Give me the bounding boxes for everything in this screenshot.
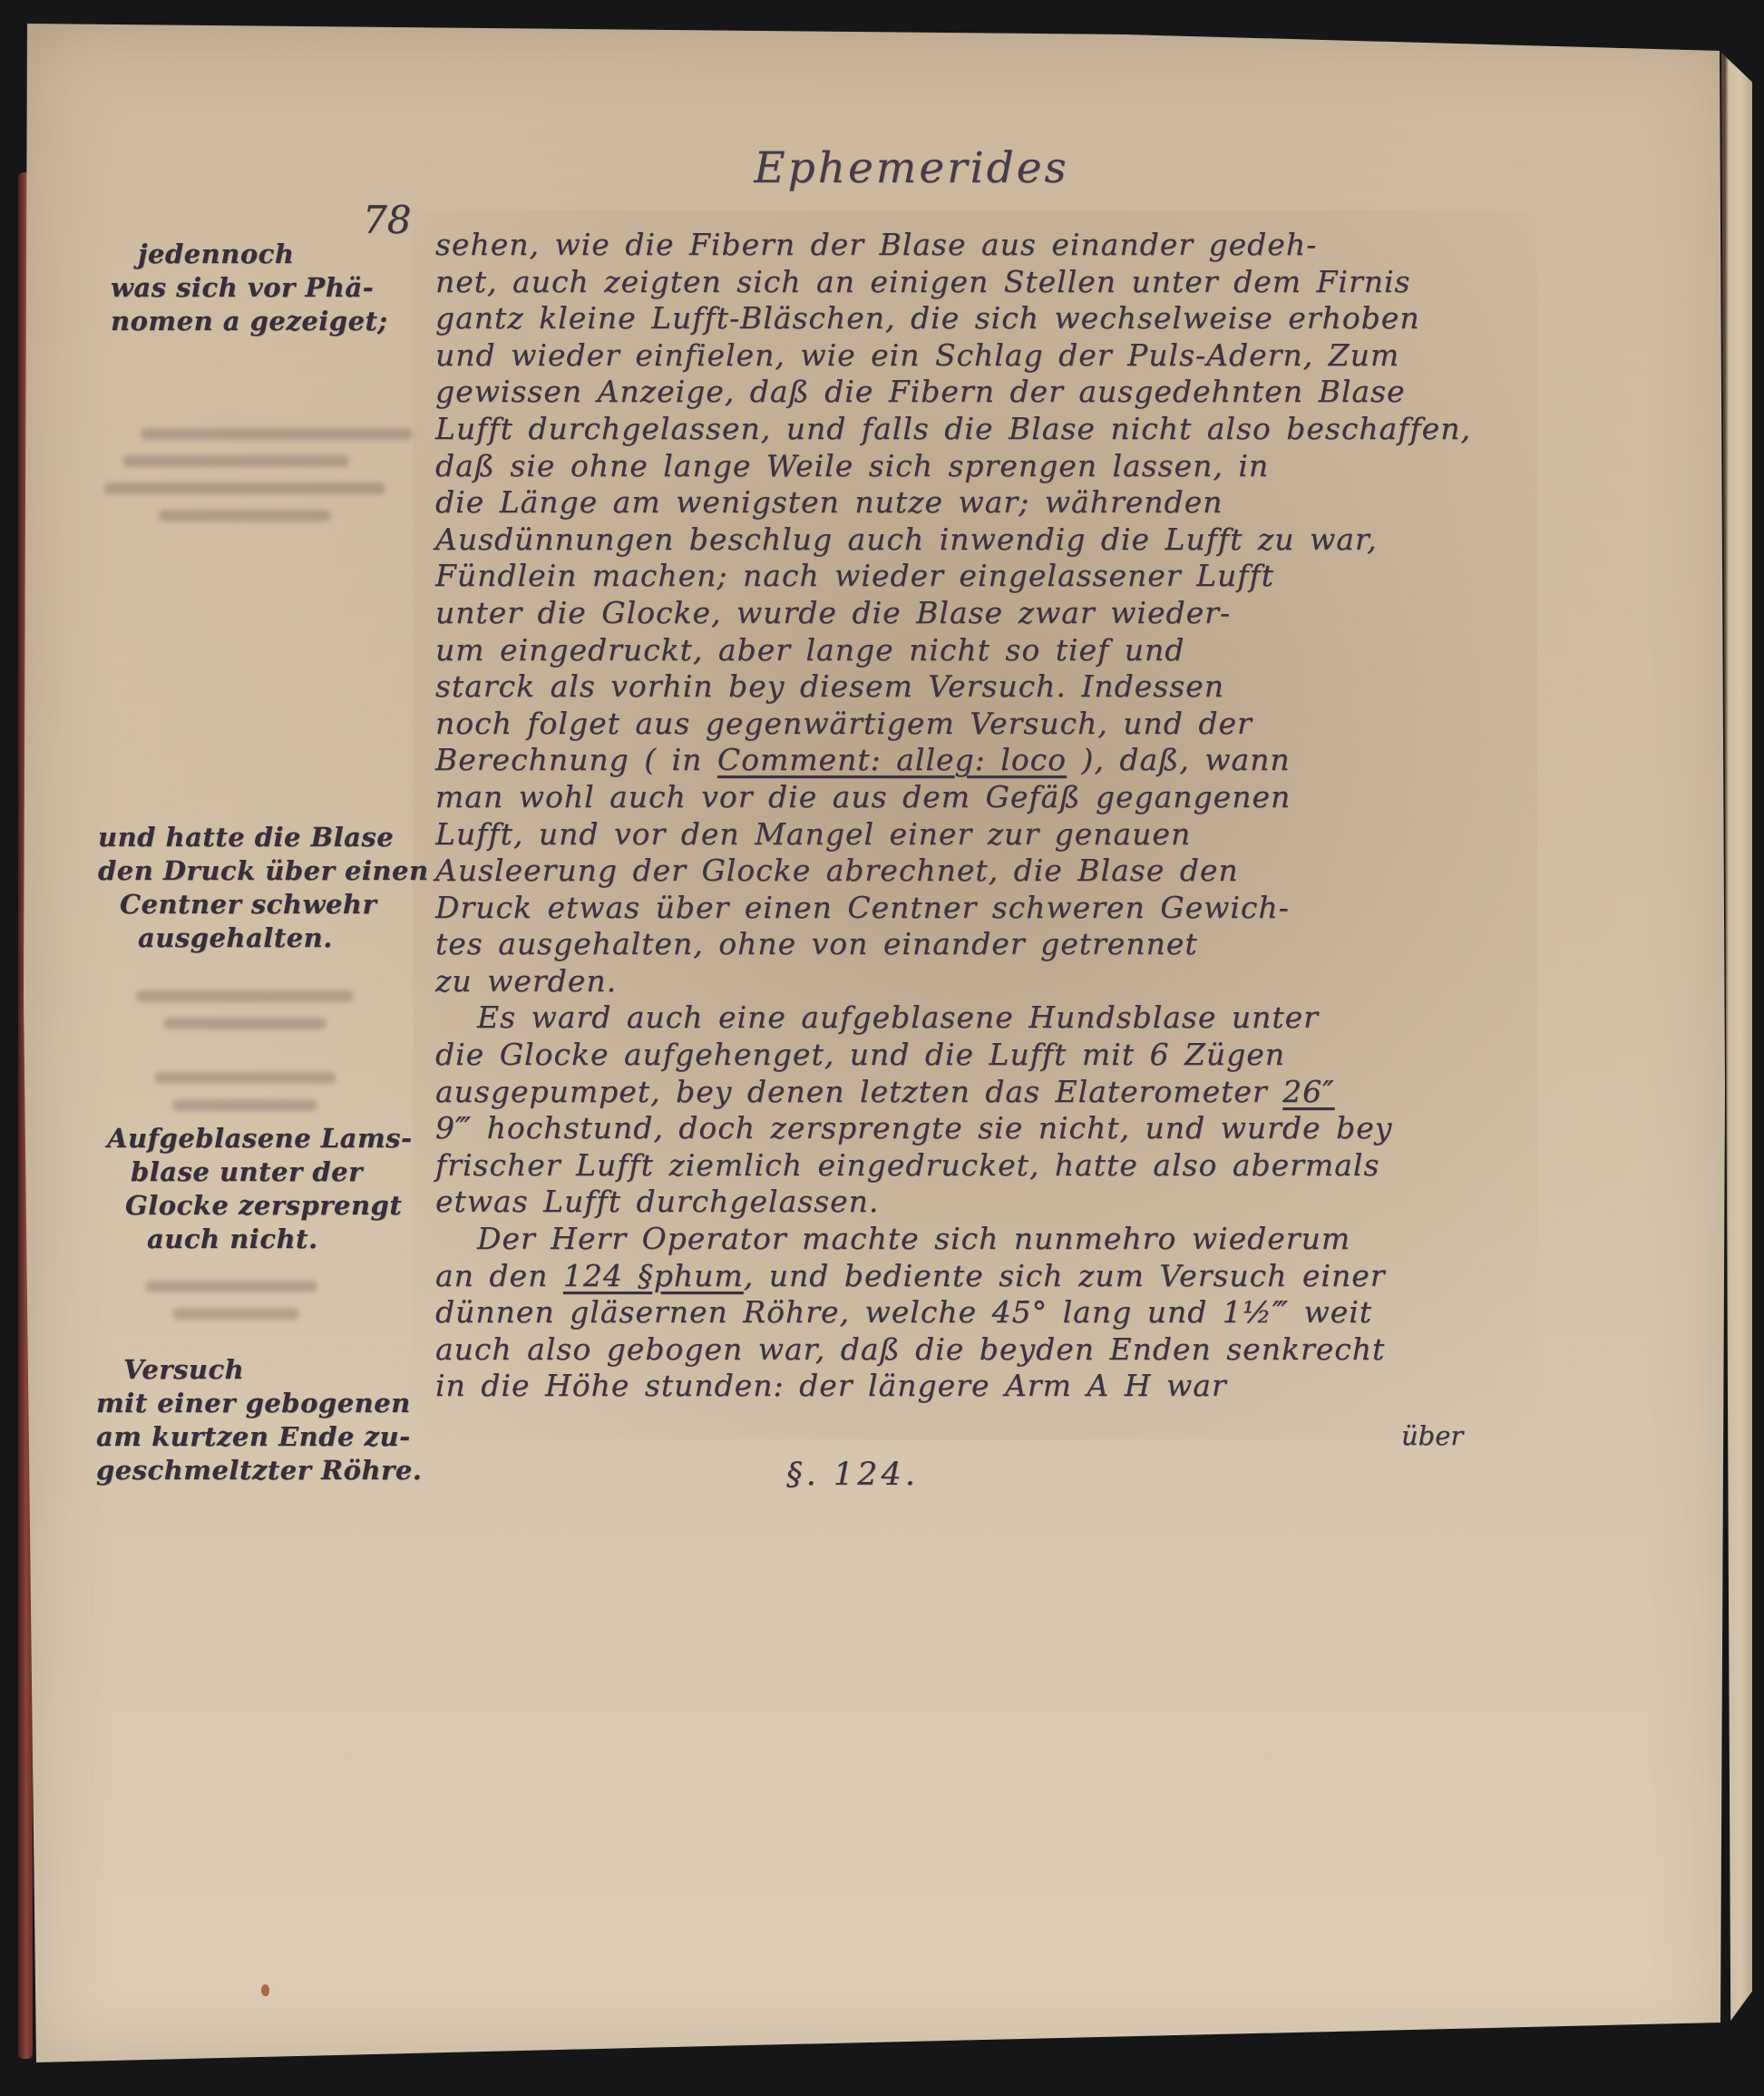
manuscript-line: starck als vorhin bey diesem Versuch. In… [435,668,1546,706]
manuscript-line: um eingedruckt, aber lange nicht so tief… [435,632,1546,669]
running-head: Ephemerides [354,143,1469,193]
manuscript-line: noch folget aus gegenwärtigem Versuch, u… [435,706,1546,743]
manuscript-line: Ausleerung der Glocke abrechnet, die Bla… [435,853,1546,890]
underlined-citation: Comment: alleg: loco [717,742,1067,777]
manuscript-line: Ausdünnungen beschlug auch inwendig die … [435,522,1546,559]
show-through-text [136,975,408,1045]
manuscript-line: Lufft durchgelassen, und falls die Blase… [435,411,1546,448]
manuscript-line: in die Höhe stunden: der längere Arm A H… [435,1368,1546,1405]
manuscript-line: net, auch zeigten sich an einigen Stelle… [435,264,1546,301]
paper-stain [261,1984,269,1996]
manuscript-line: man wohl auch vor die aus dem Gefäß gega… [435,779,1546,816]
show-through-text [118,1265,372,1335]
underlined-measurement: 26″ [1282,1074,1334,1109]
manuscript-line: gewissen Anzeige, daß die Fibern der aus… [435,374,1546,411]
margin-note: Versuch mit einer gebogenen am kurtzen E… [96,1353,422,1487]
manuscript-line: unter die Glocke, wurde die Blase zwar w… [435,595,1546,632]
page-number: 78 [363,198,411,242]
show-through-text [136,1057,408,1126]
manuscript-line: Fündlein machen; nach wieder eingelassen… [435,558,1546,595]
manuscript-line: die Länge am wenigsten nutze war; währen… [435,484,1546,522]
manuscript-line: auch also gebogen war, daß die beyden En… [435,1331,1546,1369]
margin-note: und hatte die Blase den Druck über einen… [98,821,429,955]
manuscript-line: 9‴ hochstund, doch zersprengte sie nicht… [435,1110,1546,1147]
manuscript-line: sehen, wie die Fibern der Blase aus eina… [435,227,1546,264]
margin-note: Aufgeblasene Lams- blase unter der Glock… [107,1122,413,1256]
manuscript-line: Lufft, und vor den Mangel einer zur gena… [435,816,1546,853]
underlined-paragraph-ref: 124 §phum [563,1258,744,1293]
manuscript-line: gantz kleine Lufft-Bläschen, die sich we… [435,300,1546,337]
manuscript-line: dünnen gläsernen Röhre, welche 45° lang … [435,1294,1546,1331]
manuscript-line: Es ward auch eine aufgeblasene Hundsblas… [435,999,1546,1037]
margin-note: jedennoch was sich vor Phä- nomen a geze… [111,238,388,338]
manuscript-line: Druck etwas über einen Centner schweren … [435,890,1546,927]
manuscript-line: und wieder einfielen, wie ein Schlag der… [435,337,1546,375]
section-mark: §. 124. [435,1457,1270,1493]
manuscript-line: frischer Lufft ziemlich eingedrucket, ha… [435,1147,1546,1184]
manuscript-line: Der Herr Operator machte sich nunmehro w… [435,1221,1546,1258]
manuscript-line: etwas Lufft durchgelassen. [435,1184,1546,1221]
body-text-block: sehen, wie die Fibern der Blase aus eina… [435,227,1546,1405]
catchword: über [1401,1420,1463,1451]
show-through-text [104,413,422,537]
manuscript-scan: { "document": { "running_head": "Ephemer… [0,0,1764,2096]
next-page-edge [1721,53,1752,2021]
manuscript-line: zu werden. [435,963,1546,1000]
manuscript-line: daß sie ohne lange Weile sich sprengen l… [435,448,1546,485]
manuscript-line: die Glocke aufgehenget, und die Lufft mi… [435,1037,1546,1074]
manuscript-line: Berechnung ( in Comment: alleg: loco ), … [435,742,1546,779]
manuscript-line: an den 124 §phum, und bediente sich zum … [435,1258,1546,1295]
manuscript-line: tes ausgehalten, ohne von einander getre… [435,926,1546,963]
manuscript-line: ausgepumpet, bey denen letzten das Elate… [435,1074,1546,1111]
